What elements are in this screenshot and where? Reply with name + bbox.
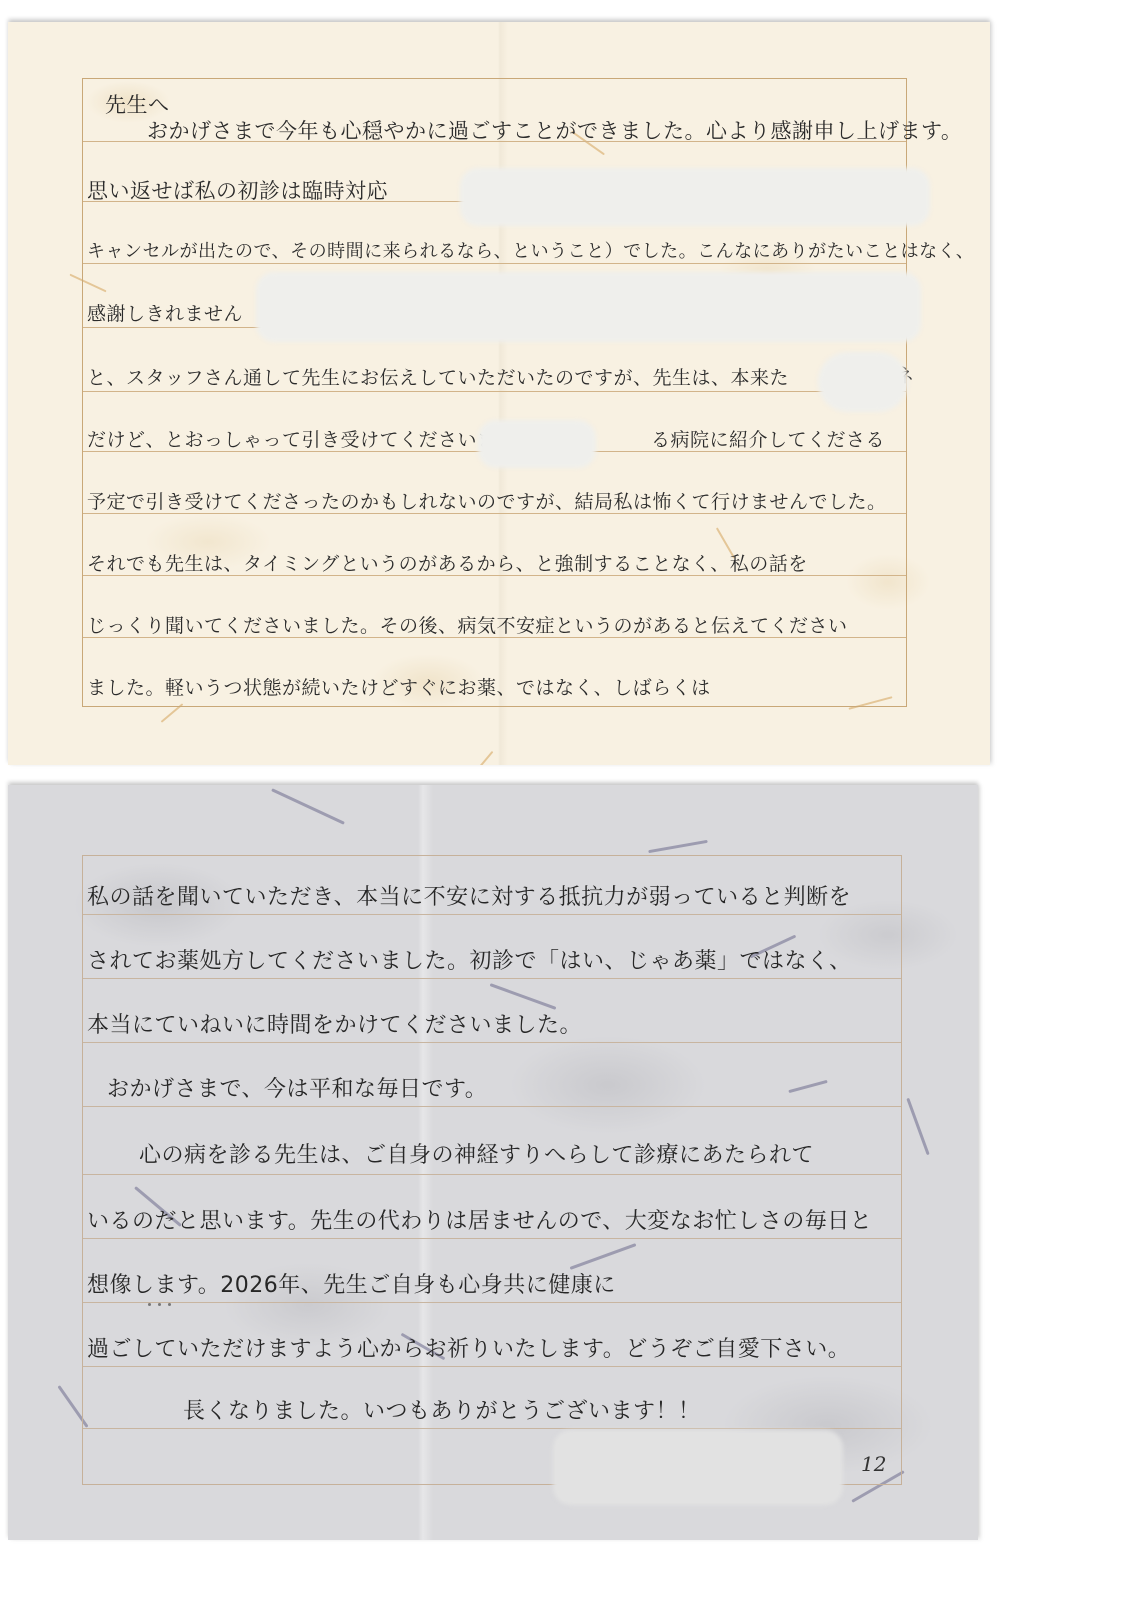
paper-fiber xyxy=(648,840,708,853)
letter-line: と、スタッフさん通して先生にお伝えしていただいたのですが、先生は、本来た xyxy=(87,363,789,390)
letter-line: ました。軽いうつ状態が続いたけどすぐにお薬、ではなく、しばらくは xyxy=(87,673,711,700)
redaction-mask xyxy=(256,272,921,342)
letter-line: 過ごしていただけますよう心からお祈りいたします。どうぞご自愛下さい。 xyxy=(87,1332,850,1363)
letter-line: 私の話を聞いていただき、本当に不安に対する抵抗力が弱っていると判断を xyxy=(87,880,851,911)
letter-line: おかげさまで、今は平和な毎日です。 xyxy=(107,1072,487,1103)
signature-redaction-mask xyxy=(553,1430,843,1505)
letter-line: それでも先生は、タイミングというのがあるから、と強制することなく、私の話を xyxy=(87,549,808,576)
letter-line: 長くなりました。いつもありがとうございます！！ xyxy=(183,1394,701,1425)
letter-line: 思い返せば私の初診は臨時対応 xyxy=(87,175,388,205)
redaction-mask xyxy=(478,420,596,468)
redaction-mask xyxy=(818,352,908,412)
letter-line-fragment: る病院に紹介してくださる xyxy=(651,425,885,452)
page-number: 12 xyxy=(861,1452,886,1476)
letter-line: おかげさまで今年も心穏やかに過ごすことができました。心より感謝申し上げます。 xyxy=(147,115,962,145)
letter-line: だけど、とおっしゃって引き受けてくださいまして xyxy=(87,425,536,452)
letter-line: いるのだと思います。先生の代わりは居ませんので、大変なお忙しさの毎日と xyxy=(87,1204,872,1235)
letter-line: 本当にていねいに時間をかけてくださいました。 xyxy=(87,1008,582,1039)
letter-line: 心の病を診る先生は、ご自身の神経すりへらして診療にあたられて xyxy=(139,1138,814,1169)
letter-line: されてお薬処方してくださいました。初診で「はい、じゃあ薬」ではなく、 xyxy=(87,944,852,975)
letter-line: 予定で引き受けてくださったのかもしれないのですが、結局私は怖くて行けませんでした… xyxy=(87,487,887,514)
letter-page-1: 先生へ おかげさまで今年も心穏やかに過ごすことができました。心より感謝申し上げま… xyxy=(8,22,990,765)
paper-fiber xyxy=(271,788,345,825)
letter-page-2: 私の話を聞いていただき、本当に不安に対する抵抗力が弱っていると判断を されてお薬… xyxy=(8,785,978,1540)
paper-fiber xyxy=(473,751,494,765)
letter-line: 感謝しきれません xyxy=(87,299,243,326)
ruled-writing-area: 私の話を聞いていただき、本当に不安に対する抵抗力が弱っていると判断を されてお薬… xyxy=(82,855,902,1485)
paper-fiber xyxy=(906,1098,929,1155)
letter-line: 想像します。2026年、先生ご自身も心身共に健康に xyxy=(87,1268,616,1299)
letter-line: キャンセルが出たので、その時間に来られるなら、ということ）でした。こんなにありが… xyxy=(87,237,974,263)
redaction-mask xyxy=(460,168,930,226)
letter-line: じっくり聞いてくださいました。その後、病気不安症というのがあると伝えてください xyxy=(87,611,848,638)
